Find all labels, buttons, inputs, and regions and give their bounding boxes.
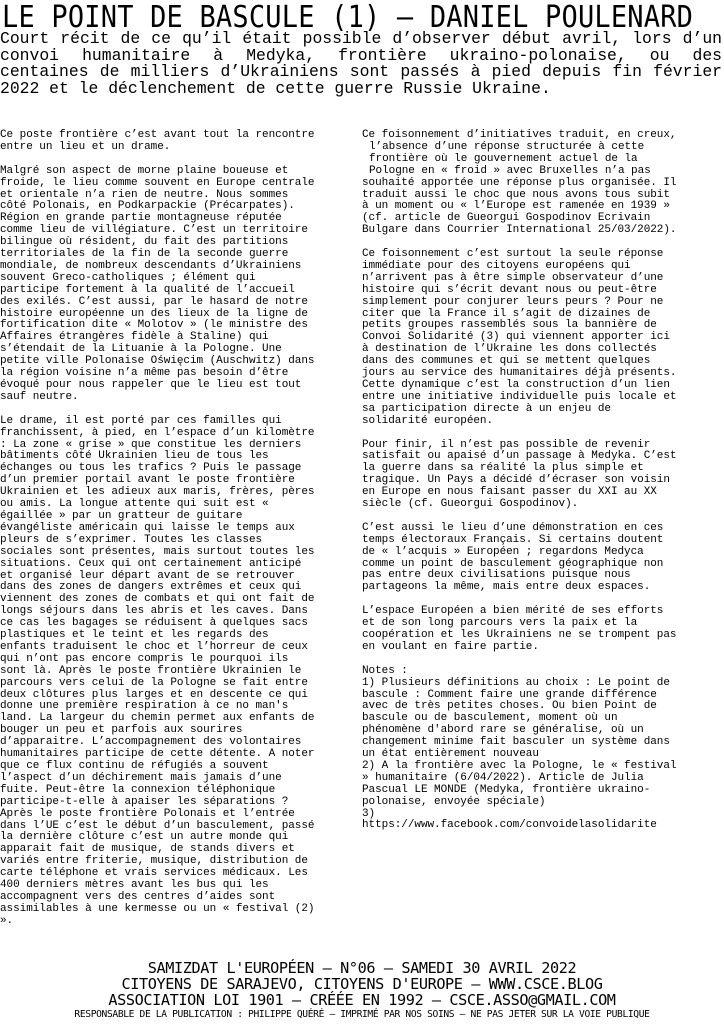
text-line: assimilables à une kermesse ou un « fest…: [0, 904, 364, 916]
text-line: sont là. Après le poste frontière Ukrain…: [0, 666, 364, 678]
right-column: Ce foisonnement d’initiatives traduit, e…: [362, 130, 724, 844]
text-line: franchissent, à pied, en l’espace d’un k…: [0, 428, 364, 440]
footer-issue-line: SAMIZDAT L'EUROPÉEN – N°06 – SAMEDI 30 A…: [0, 960, 724, 976]
text-line: entre un lieu et un drame.: [0, 142, 364, 154]
text-line: situations. Ceux qui ont certainement an…: [0, 559, 364, 571]
text-line: temps électoraux Français. Si certains d…: [362, 535, 724, 547]
paragraph: Ce poste frontière c’est avant tout la r…: [0, 130, 364, 154]
text-line: évangéliste américain qui laisse le temp…: [0, 523, 364, 535]
text-line: simplement pour conjurer leurs peurs ? P…: [362, 297, 724, 309]
text-line: Bulgare dans Courrier International 25/0…: [362, 225, 724, 237]
text-line: en voulant en faire partie.: [362, 642, 724, 654]
text-line: pleurs de s’exprimer. Toutes les classes: [0, 535, 364, 547]
text-line: Pascual LE MONDE (Medyka, frontière ukra…: [362, 785, 724, 797]
publication-footer: SAMIZDAT L'EUROPÉEN – N°06 – SAMEDI 30 A…: [0, 960, 724, 1020]
text-line: https://www.facebook.com/convoidelasolid…: [362, 820, 724, 832]
text-line: Malgré son aspect de morne plaine boueus…: [0, 166, 364, 178]
text-line: C’est aussi le lieu d’une démonstration …: [362, 523, 724, 535]
text-line: Pologne en « froid » avec Bruxelles n’a …: [362, 166, 724, 178]
text-line: froide, le lieu comme souvent en Europe …: [0, 178, 364, 190]
paragraph: Malgré son aspect de morne plaine boueus…: [0, 166, 364, 404]
text-line: participe fortement à la qualité de l’ac…: [0, 285, 364, 297]
text-line: qui n’ont pas encore compris le pourquoi…: [0, 654, 364, 666]
text-line: ».: [0, 916, 364, 928]
text-line: partageons la même, mais entre deux espa…: [362, 582, 724, 594]
paragraph: Ce foisonnement d’initiatives traduit, e…: [362, 130, 724, 237]
text-line: Après le poste frontière Polonais et l’e…: [0, 809, 364, 821]
paragraph: C’est aussi le lieu d’une démonstration …: [362, 523, 724, 594]
text-line: sauf neutre.: [0, 392, 364, 404]
footer-organization-line: CITOYENS DE SARAJEVO, CITOYENS D'EUROPE …: [0, 976, 724, 992]
text-line: frontière où le gouvernement actuel de l…: [362, 154, 724, 166]
text-line: Le drame, il est porté par ces familles …: [0, 416, 364, 428]
text-line: participe-t-elle à apaiser les séparatio…: [0, 797, 364, 809]
text-line: siècle (cf. Gueorgui Gospodinov).: [362, 499, 724, 511]
text-line: sa participation directe à un enjeu de: [362, 404, 724, 416]
text-line: polonaise, envoyée spéciale): [362, 797, 724, 809]
text-line: 1) Plusieurs définitions au choix : Le p…: [362, 678, 724, 690]
footer-responsibility-line: RESPONSABLE DE LA PUBLICATION : PHILIPPE…: [0, 1009, 724, 1020]
footer-association-line: ASSOCIATION LOI 1901 – CRÉÉE EN 1992 – C…: [0, 992, 724, 1008]
text-line: n’arrivent pas à être simple observateur…: [362, 273, 724, 285]
article-intro: Court récit de ce qu’il était possible d…: [0, 31, 722, 98]
text-line: solidarité européen.: [362, 416, 724, 428]
text-line: souvent Greco-catholiques ; élément qui: [0, 273, 364, 285]
left-column: Ce poste frontière c’est avant tout la r…: [0, 130, 364, 940]
text-line: de « l’acquis » Européen ; regardons Med…: [362, 547, 724, 559]
text-line: parcours vers celui de la Pologne se fai…: [0, 678, 364, 690]
paragraph: Ce foisonnement c’est surtout la seule r…: [362, 249, 724, 428]
text-line: des exilés. C’est aussi, par le hasard d…: [0, 297, 364, 309]
text-line: histoire qui s’écrit devant nous ou peut…: [362, 285, 724, 297]
paragraph: Pour finir, il n’est pas possible de rev…: [362, 440, 724, 511]
text-line: Notes :: [362, 666, 724, 678]
paragraph: L’espace Européen a bien mérité de ses e…: [362, 606, 724, 654]
text-line: sociales sont présentes, mais surtout to…: [0, 547, 364, 559]
text-line: souhaité apportée une réponse plus organ…: [362, 178, 724, 190]
paragraph: Notes :1) Plusieurs définitions au choix…: [362, 666, 724, 833]
paragraph: Le drame, il est porté par ces familles …: [0, 416, 364, 928]
text-line: fuite. Peut-être la connexion téléphoniq…: [0, 785, 364, 797]
text-line: » humanitaire (6/04/2022). Article de Ju…: [362, 773, 724, 785]
